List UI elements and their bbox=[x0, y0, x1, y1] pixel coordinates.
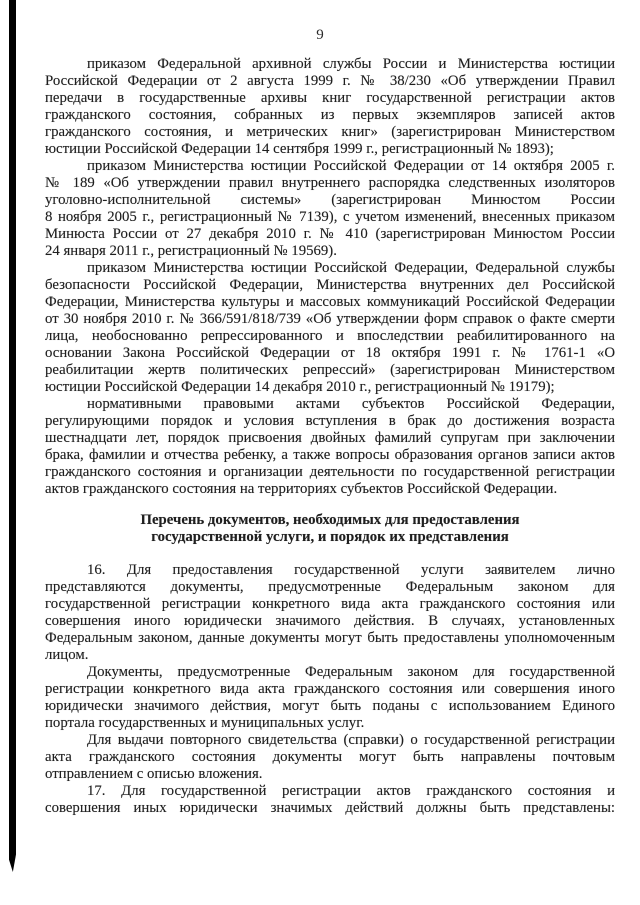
text-line: № 189 «Об утверждении правил внутреннего… bbox=[45, 175, 615, 192]
paragraph: нормативными правовыми актами субъектов … bbox=[45, 396, 615, 498]
text-line: представляются документы, предусмотренны… bbox=[45, 579, 615, 596]
document-page: 9 приказом Федеральной архивной службы Р… bbox=[0, 0, 640, 905]
paragraph: Для выдачи повторного свидетельства (спр… bbox=[45, 732, 615, 783]
text-line: Федерации, Министерства культуры и массо… bbox=[45, 294, 615, 311]
paragraph: приказом Федеральной архивной службы Рос… bbox=[45, 56, 615, 158]
text-line: лицом. bbox=[45, 647, 615, 664]
text-line: государственной регистрации конкретного … bbox=[45, 596, 615, 613]
paragraph: 17. Для государственной регистрации акто… bbox=[45, 783, 615, 817]
text-line: актов гражданского состояния на территор… bbox=[45, 481, 615, 498]
text-line: 17. Для государственной регистрации акто… bbox=[45, 783, 615, 800]
section-heading-line-1: Перечень документов, необходимых для пре… bbox=[45, 512, 615, 529]
paragraph-group-document-requirements: 16. Для предоставления государственной у… bbox=[45, 562, 615, 817]
text-line: брака, фамилии и отчества ребенку, а так… bbox=[45, 447, 615, 464]
text-line: акта гражданского состояния документы мо… bbox=[45, 749, 615, 766]
text-line: портала государственных и муниципальных … bbox=[45, 715, 615, 732]
text-line: отправлением с описью вложения. bbox=[45, 766, 615, 783]
paragraph: приказом Министерства юстиции Российской… bbox=[45, 158, 615, 260]
section-heading: Перечень документов, необходимых для пре… bbox=[45, 512, 615, 546]
text-line: лица, необоснованно репрессированного и … bbox=[45, 328, 615, 345]
text-line: совершения иного юридически значимого де… bbox=[45, 613, 615, 630]
paragraph: 16. Для предоставления государственной у… bbox=[45, 562, 615, 664]
section-heading-line-2: государственной услуги, и порядок их пре… bbox=[45, 529, 615, 546]
text-line: 16. Для предоставления государственной у… bbox=[45, 562, 615, 579]
text-line: приказом Федеральной архивной службы Рос… bbox=[45, 56, 615, 73]
text-line: Федеральным законом, данные документы мо… bbox=[45, 630, 615, 647]
text-line: Для выдачи повторного свидетельства (спр… bbox=[45, 732, 615, 749]
document-content: приказом Федеральной архивной службы Рос… bbox=[45, 56, 615, 817]
text-line: шестнадцати лет, порядок присвоения двой… bbox=[45, 430, 615, 447]
text-line: 24 января 2011 г., регистрационный № 195… bbox=[45, 243, 615, 260]
text-line: юстиции Российской Федерации 14 декабря … bbox=[45, 379, 615, 396]
text-line: регистрации конкретного вида акта гражда… bbox=[45, 681, 615, 698]
text-line: Минюста России от 27 декабря 2010 г. № 4… bbox=[45, 226, 615, 243]
text-line: передачи в государственные архивы книг г… bbox=[45, 90, 615, 107]
text-line: юридически значимого действия, могут быт… bbox=[45, 698, 615, 715]
page-number: 9 bbox=[0, 27, 640, 44]
text-line: Документы, предусмотренные Федеральным з… bbox=[45, 664, 615, 681]
text-line: нормативными правовыми актами субъектов … bbox=[45, 396, 615, 413]
text-line: реабилитации жертв политических репресси… bbox=[45, 362, 615, 379]
text-line: гражданского состояния, собранных из пер… bbox=[45, 107, 615, 124]
text-line: юстиции Российской Федерации 14 сентября… bbox=[45, 141, 615, 158]
text-line: 8 ноября 2005 г., регистрационный № 7139… bbox=[45, 209, 615, 226]
text-line: безопасности Российской Федерации, Минис… bbox=[45, 277, 615, 294]
text-line: приказом Министерства юстиции Российской… bbox=[45, 260, 615, 277]
text-line: основании Закона Российской Федерации от… bbox=[45, 345, 615, 362]
paragraph-group-legal-acts: приказом Федеральной архивной службы Рос… bbox=[45, 56, 615, 498]
text-line: от 30 ноября 2010 г. № 366/591/818/739 «… bbox=[45, 311, 615, 328]
text-line: гражданского состояния, и метрических кн… bbox=[45, 124, 615, 141]
paragraph: приказом Министерства юстиции Российской… bbox=[45, 260, 615, 396]
paragraph: Документы, предусмотренные Федеральным з… bbox=[45, 664, 615, 732]
text-line: уголовно-исполнительной системы» (зареги… bbox=[45, 192, 615, 209]
text-line: Российской Федерации от 2 августа 1999 г… bbox=[45, 73, 615, 90]
text-line: совершения иных юридически значимых дейс… bbox=[45, 800, 615, 817]
scan-binding-mark bbox=[9, 0, 16, 872]
text-line: приказом Министерства юстиции Российской… bbox=[45, 158, 615, 175]
text-line: регулирующими порядок и условия вступлен… bbox=[45, 413, 615, 430]
text-line: гражданского состояния и организации дея… bbox=[45, 464, 615, 481]
